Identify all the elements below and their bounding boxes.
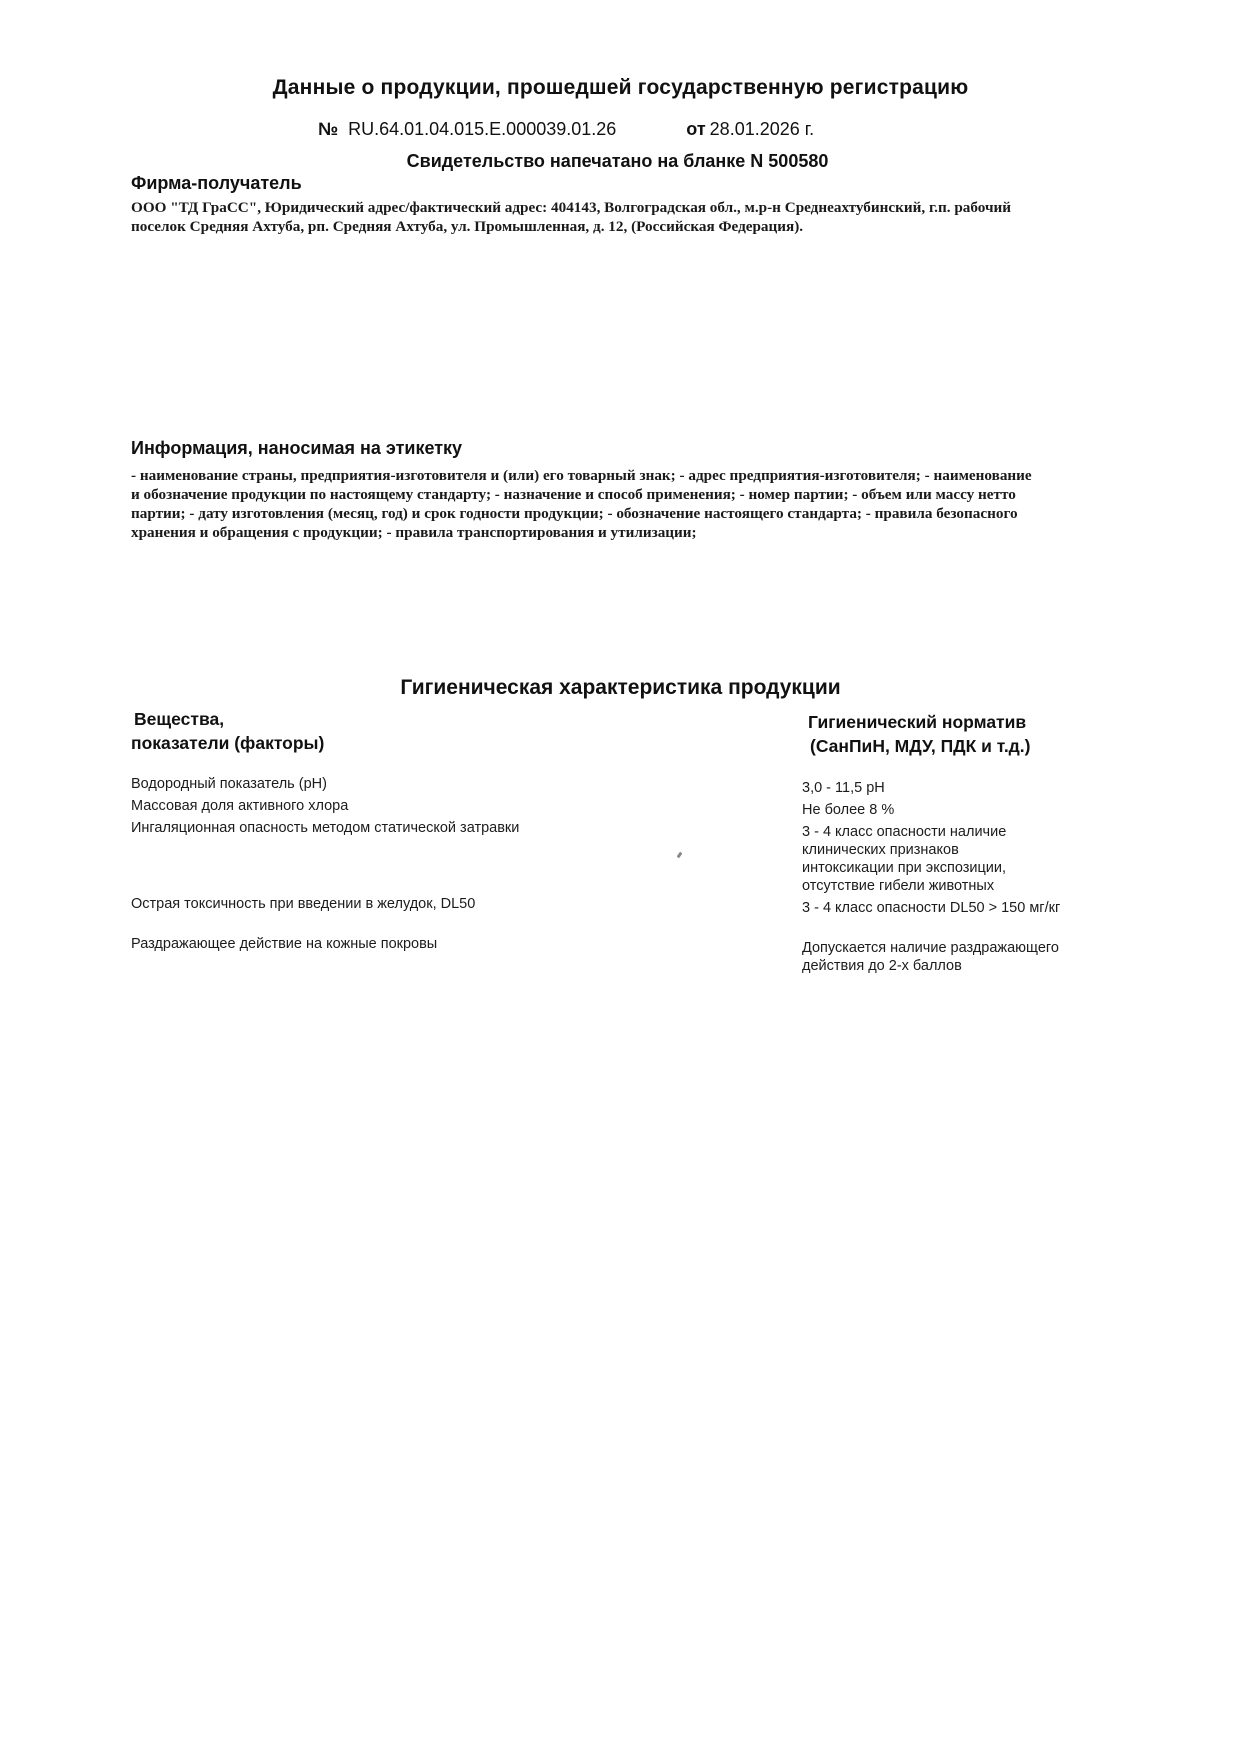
norms-header-line-2: (СанПиН, МДУ, ПДК и т.д.) <box>808 734 1030 758</box>
factor-acute-toxicity: Острая токсичность при введении в желудо… <box>131 895 691 913</box>
norm-acute-toxicity: 3 - 4 класс опасности DL50 > 150 мг/кг <box>802 899 1072 917</box>
norm-ph: 3,0 - 11,5 pH <box>802 779 1082 797</box>
factor-skin-irritation: Раздражающее действие на кожные покровы <box>131 935 691 953</box>
factor-active-chlorine: Массовая доля активного хлора <box>131 797 691 815</box>
norms-header-line-1: Гигиенический норматив <box>808 710 1030 734</box>
recipient-text: ООО "ТД ГраСС", Юридический адрес/фактич… <box>131 198 1051 236</box>
document-title: Данные о продукции, прошедшей государств… <box>0 76 1241 100</box>
factor-inhalation: Ингаляционная опасность методом статичес… <box>131 819 691 837</box>
factor-ph: Водородный показатель (pH) <box>131 775 691 793</box>
factors-header-line-2: показатели (факторы) <box>131 731 324 755</box>
norm-skin-irritation: Допускается наличие раздражающего действ… <box>802 939 1067 975</box>
date-label: от <box>686 119 705 139</box>
recipient-heading: Фирма-получатель <box>131 173 302 194</box>
number-sign: № <box>318 119 338 139</box>
norms-column-header: Гигиенический норматив (СанПиН, МДУ, ПДК… <box>808 710 1030 758</box>
blank-note: Свидетельство напечатано на бланке N 500… <box>0 151 1241 172</box>
norm-inhalation: 3 - 4 класс опасности наличие клинически… <box>802 823 1052 895</box>
scan-speck <box>677 852 683 859</box>
label-info-text: - наименование страны, предприятия-изгот… <box>131 466 1041 542</box>
factors-header-line-1: Вещества, <box>131 707 324 731</box>
hygiene-heading: Гигиеническая характеристика продукции <box>0 676 1241 700</box>
norm-active-chlorine: Не более 8 % <box>802 801 1082 819</box>
registration-line: №RU.64.01.04.015.Е.000039.01.26от28.01.2… <box>318 119 814 140</box>
factors-column-header: Вещества, показатели (факторы) <box>131 707 324 755</box>
label-info-heading: Информация, наносимая на этикетку <box>131 438 462 459</box>
registration-date: 28.01.2026 г. <box>710 119 814 139</box>
registration-number: RU.64.01.04.015.Е.000039.01.26 <box>348 119 616 139</box>
blank-note-text: Свидетельство напечатано на бланке N 500… <box>407 151 829 171</box>
